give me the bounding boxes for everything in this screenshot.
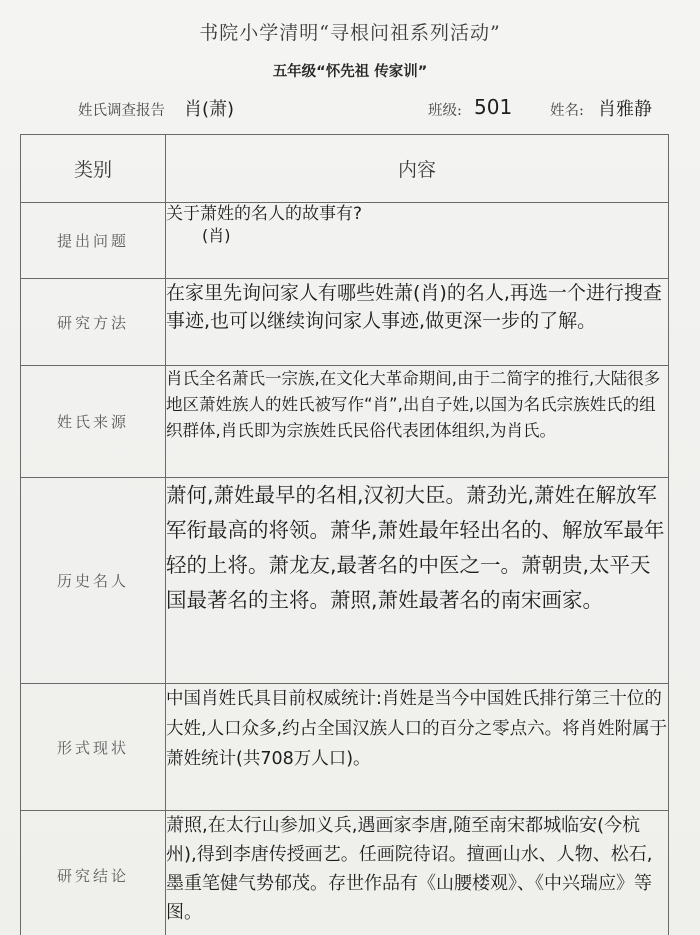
class-value: 501 [474,95,512,119]
document-subtitle: 五年级“怀先祖 传家训” [0,60,700,81]
document-title: 书院小学清明“寻根问祖系列活动” [0,18,700,45]
class-label: 班级: [428,99,462,120]
table-row: 研究结论 萧照,在太行山参加义兵,遇画家李唐,随至南宋都城临安(今杭州),得到李… [21,811,669,935]
survey-table: 类别 内容 提出问题 关于萧姓的名人的故事有? (肖) 研究方法 在家里先询问家… [20,134,669,935]
row-content-famous-people: 萧何,萧姓最早的名相,汉初大臣。萧劲光,萧姓在解放军军衔最高的将领。萧华,萧姓最… [166,478,669,684]
header-content: 内容 [166,135,669,203]
row-category: 形式现状 [21,684,166,811]
row-content-conclusion: 萧照,在太行山参加义兵,遇画家李唐,随至南宋都城临安(今杭州),得到李唐传授画艺… [166,811,669,935]
table-row: 历史名人 萧何,萧姓最早的名相,汉初大臣。萧劲光,萧姓在解放军军衔最高的将领。萧… [21,478,669,684]
table-row: 提出问题 关于萧姓的名人的故事有? (肖) [21,203,669,279]
report-info-row: 姓氏调查报告 肖(萧) 班级: 501 姓名: 肖雅静 [0,95,700,125]
name-label: 姓名: [550,99,584,120]
row-content-origin: 肖氏全名萧氏一宗族,在文化大革命期间,由于二简字的推行,大陆很多地区萧姓族人的姓… [166,366,669,478]
report-label: 姓氏调查报告 [78,99,165,120]
table-row: 形式现状 中国肖姓氏具目前权威统计:肖姓是当今中国姓氏排行第三十位的大姓,人口众… [21,684,669,811]
table-row: 研究方法 在家里先询问家人有哪些姓萧(肖)的名人,再选一个进行搜查事迹,也可以继… [21,279,669,366]
row-category: 姓氏来源 [21,366,166,478]
row-category: 研究方法 [21,279,166,366]
row-category: 历史名人 [21,478,166,684]
report-sheet: 书院小学清明“寻根问祖系列活动” 五年级“怀先祖 传家训” 姓氏调查报告 肖(萧… [0,0,700,935]
row-content-method: 在家里先询问家人有哪些姓萧(肖)的名人,再选一个进行搜查事迹,也可以继续询问家人… [166,279,669,366]
row-category: 研究结论 [21,811,166,935]
surname-value: 肖(萧) [184,95,234,121]
row-category: 提出问题 [21,203,166,279]
question-text: 关于萧姓的名人的故事有? [166,204,362,224]
table-row: 姓氏来源 肖氏全名萧氏一宗族,在文化大革命期间,由于二简字的推行,大陆很多地区萧… [21,366,669,478]
table-header-row: 类别 内容 [21,135,669,203]
question-annotation: (肖) [166,225,668,247]
row-content-question: 关于萧姓的名人的故事有? (肖) [166,203,669,279]
row-content-status: 中国肖姓氏具目前权威统计:肖姓是当今中国姓氏排行第三十位的大姓,人口众多,约占全… [166,684,669,811]
student-name-value: 肖雅静 [598,95,652,121]
header-category: 类别 [21,135,166,203]
